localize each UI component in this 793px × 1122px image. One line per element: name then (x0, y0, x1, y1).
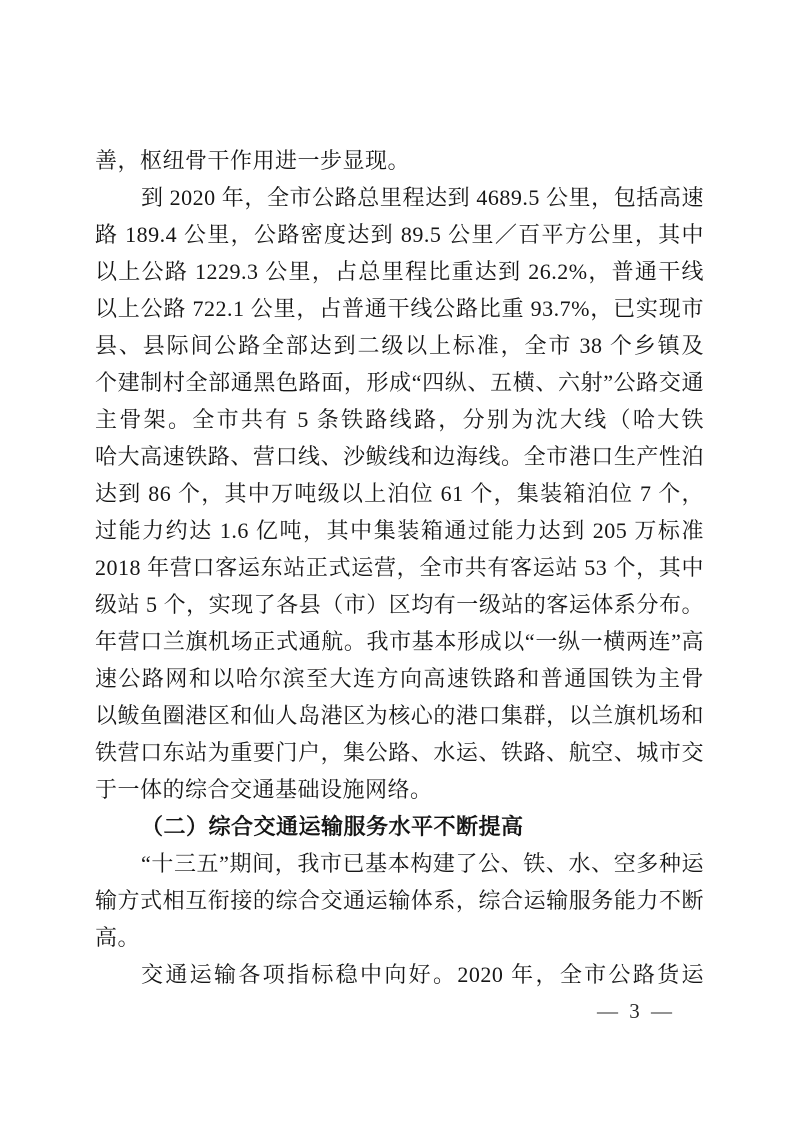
text-line: 过能力约达 1.6 亿吨，其中集装箱通过能力达到 205 万标准箱。 (95, 512, 704, 549)
text-line: 交通运输各项指标稳中向好。2020 年，全市公路货运量、周 (95, 956, 704, 993)
text-line: 路 189.4 公里，公路密度达到 89.5 公里／百平方公里，其中二级 (95, 216, 704, 253)
document-body: 善，枢纽骨干作用进一步显现。 到 2020 年，全市公路总里程达到 4689.5… (95, 142, 704, 993)
text-line: 以上公路 722.1 公里，占普通干线公路比重 93.7%，已实现市到 (95, 290, 704, 327)
text-line: 以上公路 1229.3 公里，占总里程比重达到 26.2%，普通干线二级 (95, 253, 704, 290)
text-line: 级站 5 个，实现了各县（市）区均有一级站的客运体系分布。2016 (95, 586, 704, 623)
document-page: 善，枢纽骨干作用进一步显现。 到 2020 年，全市公路总里程达到 4689.5… (0, 0, 793, 1122)
text-line: 输方式相互衔接的综合交通运输体系，综合运输服务能力不断提 (95, 882, 704, 919)
text-line: 主骨架。全市共有 5 条铁路线路，分别为沈大线（哈大铁路）、 (95, 401, 704, 438)
text-line: 哈大高速铁路、营口线、沙鲅线和边海线。全市港口生产性泊位 (95, 438, 704, 475)
text-line: 个建制村全部通黑色路面，形成“四纵、五横、六射”公路交通 (95, 364, 704, 401)
section-heading: （二）综合交通运输服务水平不断提高 (95, 808, 704, 845)
page-number: — 3 — (597, 996, 675, 1026)
text-line: “十三五”期间，我市已基本构建了公、铁、水、空多种运 (95, 845, 704, 882)
text-line: 达到 86 个，其中万吨级以上泊位 61 个，集装箱泊位 7 个，总通 (95, 475, 704, 512)
text-line: 年营口兰旗机场正式通航。我市基本形成以“一纵一横两连”高 (95, 623, 704, 660)
text-line: 县、县际间公路全部达到二级以上标准，全市 38 个乡镇及 644 (95, 327, 704, 364)
text-line: 2018 年营口客运东站正式运营，全市共有客运站 53 个，其中一 (95, 549, 704, 586)
text-line: 善，枢纽骨干作用进一步显现。 (95, 142, 704, 179)
text-line: 速公路网和以哈尔滨至大连方向高速铁路和普通国铁为主骨架， (95, 660, 704, 697)
text-line: 于一体的综合交通基础设施网络。 (95, 771, 704, 808)
text-line: 铁营口东站为重要门户，集公路、水运、铁路、航空、城市交通 (95, 734, 704, 771)
text-line: 高。 (95, 919, 704, 956)
text-line: 以鲅鱼圈港区和仙人岛港区为核心的港口集群，以兰旗机场和高 (95, 697, 704, 734)
text-line: 到 2020 年，全市公路总里程达到 4689.5 公里，包括高速公 (95, 179, 704, 216)
